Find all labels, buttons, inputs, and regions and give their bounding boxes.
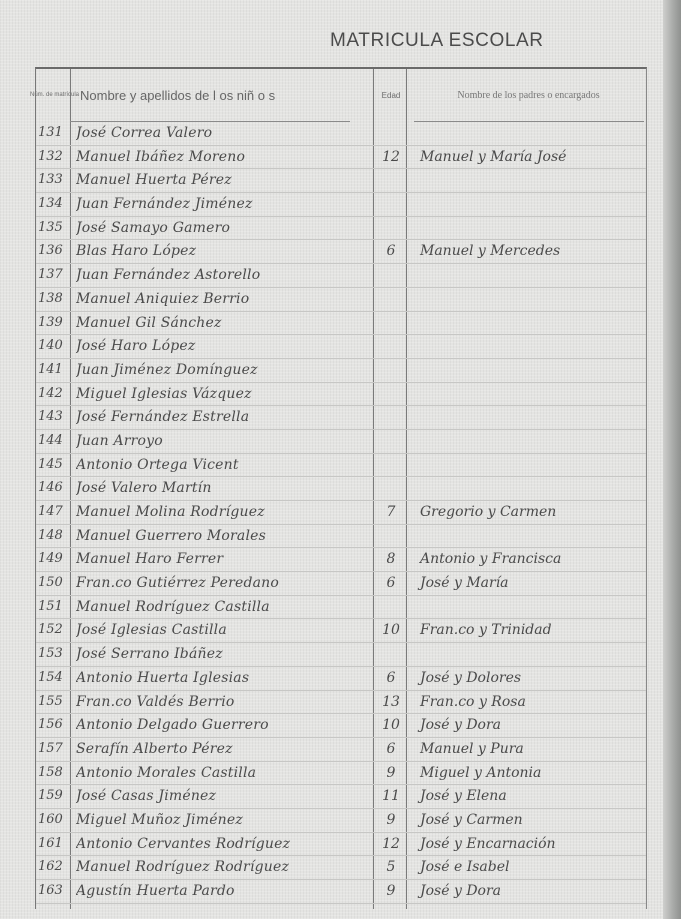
student-age: 7 (376, 504, 406, 520)
table-row: 142Miguel Iglesias Vázquez (36, 383, 646, 407)
student-name: Juan Fernández Jiménez (76, 196, 372, 212)
table-row: 133Manuel Huerta Pérez (36, 169, 646, 193)
table-row: 162Manuel Rodríguez Rodríguez5José e Isa… (36, 856, 646, 880)
table-row: 152José Iglesias Castilla10Fran.co y Tri… (36, 619, 646, 643)
parents-names: José y Dora (414, 717, 648, 733)
enrollment-number: 154 (38, 670, 71, 685)
table-row: 149Manuel Haro Ferrer8Antonio y Francisc… (36, 548, 646, 572)
parents-names: José y Encarnación (414, 836, 648, 852)
student-name: José Samayo Gamero (76, 220, 372, 236)
parents-names: José e Isabel (414, 859, 648, 875)
enrollment-number: 158 (38, 765, 71, 780)
student-name: Manuel Huerta Pérez (76, 172, 372, 188)
parents-names: José y María (414, 575, 648, 591)
student-name: Manuel Rodríguez Rodríguez (76, 859, 372, 875)
student-name: Manuel Guerrero Morales (76, 528, 372, 544)
parents-names: Antonio y Francisca (414, 551, 648, 567)
student-name: Antonio Delgado Guerrero (76, 717, 372, 733)
parents-names: Manuel y María José (414, 149, 648, 165)
table-row: 143José Fernández Estrella (36, 406, 646, 430)
student-name: Fran.co Valdés Berrio (76, 694, 372, 710)
student-name: José Haro López (76, 338, 372, 354)
student-name: Juan Fernández Astorello (76, 267, 372, 283)
student-name: Antonio Huerta Iglesias (76, 670, 372, 686)
table-row: 147Manuel Molina Rodríguez7Gregorio y Ca… (36, 501, 646, 525)
enrollment-number: 141 (38, 362, 71, 377)
parents-names: José y Dolores (414, 670, 648, 686)
enrollment-number: 133 (38, 172, 71, 187)
table-row: 135José Samayo Gamero (36, 217, 646, 241)
header-name: Nombre y apellidos de l os niñ o s (80, 69, 370, 121)
parents-names: José y Dora (414, 883, 648, 899)
student-name: José Fernández Estrella (76, 409, 372, 425)
table-row: 157Serafín Alberto Pérez6Manuel y Pura (36, 738, 646, 762)
enrollment-number: 149 (38, 551, 71, 566)
enrollment-number: 150 (38, 575, 71, 590)
student-age: 10 (376, 622, 406, 638)
enrollment-number: 136 (38, 243, 71, 258)
header-number: Núm. de matrícula (38, 69, 71, 121)
enrollment-number: 140 (38, 338, 71, 353)
parents-names: Miguel y Antonia (414, 765, 648, 781)
enrollment-number: 139 (38, 315, 71, 330)
header-parents: Nombre de los padres o encargados (416, 69, 641, 121)
table-row: 148Manuel Guerrero Morales (36, 525, 646, 549)
table-row: 151Manuel Rodríguez Castilla (36, 596, 646, 620)
table-row: 155Fran.co Valdés Berrio13Fran.co y Rosa (36, 691, 646, 715)
table-row: 134Juan Fernández Jiménez (36, 193, 646, 217)
table-row: 161Antonio Cervantes Rodríguez12José y E… (36, 833, 646, 857)
table-row: 138Manuel Aniquiez Berrio (36, 288, 646, 312)
enrollment-number: 144 (38, 433, 71, 448)
table-row: 158Antonio Morales Castilla9Miguel y Ant… (36, 762, 646, 786)
student-name: Manuel Aniquiez Berrio (76, 291, 372, 307)
student-name: Antonio Ortega Vicent (76, 457, 372, 473)
student-name: Miguel Muñoz Jiménez (76, 812, 372, 828)
table-row: 131José Correa Valero (36, 122, 646, 146)
student-age: 12 (376, 149, 406, 165)
student-name: Juan Jiménez Domínguez (76, 362, 372, 378)
parents-names: Manuel y Pura (414, 741, 648, 757)
table-row: 132Manuel Ibáñez Moreno12Manuel y María … (36, 146, 646, 170)
student-name: José Casas Jiménez (76, 788, 372, 804)
student-age: 6 (376, 741, 406, 757)
header-age: Edad (375, 69, 407, 121)
student-name: Fran.co Gutiérrez Peredano (76, 575, 372, 591)
student-age: 6 (376, 670, 406, 686)
student-name: Antonio Morales Castilla (76, 765, 372, 781)
table-row: 146José Valero Martín (36, 477, 646, 501)
enrollment-number: 160 (38, 812, 71, 827)
student-age: 9 (376, 812, 406, 828)
student-age: 6 (376, 575, 406, 591)
student-age: 13 (376, 694, 406, 710)
table-row: 159José Casas Jiménez11José y Elena (36, 785, 646, 809)
enrollment-number: 138 (38, 291, 71, 306)
enrollment-number: 152 (38, 622, 71, 637)
table-row: 141Juan Jiménez Domínguez (36, 359, 646, 383)
table-row: 160Miguel Muñoz Jiménez9José y Carmen (36, 809, 646, 833)
student-age: 9 (376, 765, 406, 781)
student-name: José Serrano Ibáñez (76, 646, 372, 662)
enrollment-number: 162 (38, 859, 71, 874)
parents-names: José y Elena (414, 788, 648, 804)
parents-names: Fran.co y Rosa (414, 694, 648, 710)
parents-names: Gregorio y Carmen (414, 504, 648, 520)
enrollment-number: 157 (38, 741, 71, 756)
table-row: 153José Serrano Ibáñez (36, 643, 646, 667)
table-row: 154Antonio Huerta Iglesias6José y Dolore… (36, 667, 646, 691)
student-name: José Correa Valero (76, 125, 372, 141)
table-row: 156Antonio Delgado Guerrero10José y Dora (36, 714, 646, 738)
student-name: Manuel Molina Rodríguez (76, 504, 372, 520)
student-name: Blas Haro López (76, 243, 372, 259)
enrollment-number: 137 (38, 267, 71, 282)
enrollment-number: 151 (38, 599, 71, 614)
enrollment-number: 147 (38, 504, 71, 519)
table-row: 136Blas Haro López6Manuel y Mercedes (36, 240, 646, 264)
student-name: Manuel Haro Ferrer (76, 551, 372, 567)
student-name: Manuel Rodríguez Castilla (76, 599, 372, 615)
enrollment-number: 145 (38, 457, 71, 472)
parents-names: José y Carmen (414, 812, 648, 828)
student-age: 12 (376, 836, 406, 852)
enrollment-number: 153 (38, 646, 71, 661)
enrollment-number: 132 (38, 149, 71, 164)
student-age: 5 (376, 859, 406, 875)
enrollment-number: 155 (38, 694, 71, 709)
table-body: 131José Correa Valero132Manuel Ibáñez Mo… (36, 122, 646, 904)
enrollment-number: 159 (38, 788, 71, 803)
student-name: Agustín Huerta Pardo (76, 883, 372, 899)
table-row: 140José Haro López (36, 335, 646, 359)
table-row: 144Juan Arroyo (36, 430, 646, 454)
document-title: MATRICULA ESCOLAR (330, 30, 620, 52)
student-age: 11 (376, 788, 406, 804)
student-name: Juan Arroyo (76, 433, 372, 449)
table-row: 145Antonio Ortega Vicent (36, 454, 646, 478)
student-name: Antonio Cervantes Rodríguez (76, 836, 372, 852)
student-name: Manuel Ibáñez Moreno (76, 149, 372, 165)
enrollment-number: 143 (38, 409, 71, 424)
page-binding-edge (663, 0, 681, 919)
enrollment-number: 134 (38, 196, 71, 211)
enrollment-number: 135 (38, 220, 71, 235)
student-age: 10 (376, 717, 406, 733)
enrollment-table: Núm. de matrícula Nombre y apellidos de … (35, 67, 647, 909)
student-name: José Valero Martín (76, 480, 372, 496)
table-row: 150Fran.co Gutiérrez Peredano6José y Mar… (36, 572, 646, 596)
enrollment-number: 163 (38, 883, 71, 898)
parents-names: Fran.co y Trinidad (414, 622, 648, 638)
student-name: Miguel Iglesias Vázquez (76, 386, 372, 402)
student-age: 9 (376, 883, 406, 899)
student-age: 8 (376, 551, 406, 567)
student-name: Serafín Alberto Pérez (76, 741, 372, 757)
student-name: José Iglesias Castilla (76, 622, 372, 638)
enrollment-number: 131 (38, 125, 71, 140)
student-age: 6 (376, 243, 406, 259)
table-row: 139Manuel Gil Sánchez (36, 312, 646, 336)
student-name: Manuel Gil Sánchez (76, 315, 372, 331)
enrollment-number: 148 (38, 528, 71, 543)
enrollment-number: 142 (38, 386, 71, 401)
parents-names: Manuel y Mercedes (414, 243, 648, 259)
enrollment-number: 156 (38, 717, 71, 732)
table-row: 137Juan Fernández Astorello (36, 264, 646, 288)
table-row: 163Agustín Huerta Pardo9José y Dora (36, 880, 646, 904)
enrollment-number: 161 (38, 836, 71, 851)
enrollment-number: 146 (38, 480, 71, 495)
